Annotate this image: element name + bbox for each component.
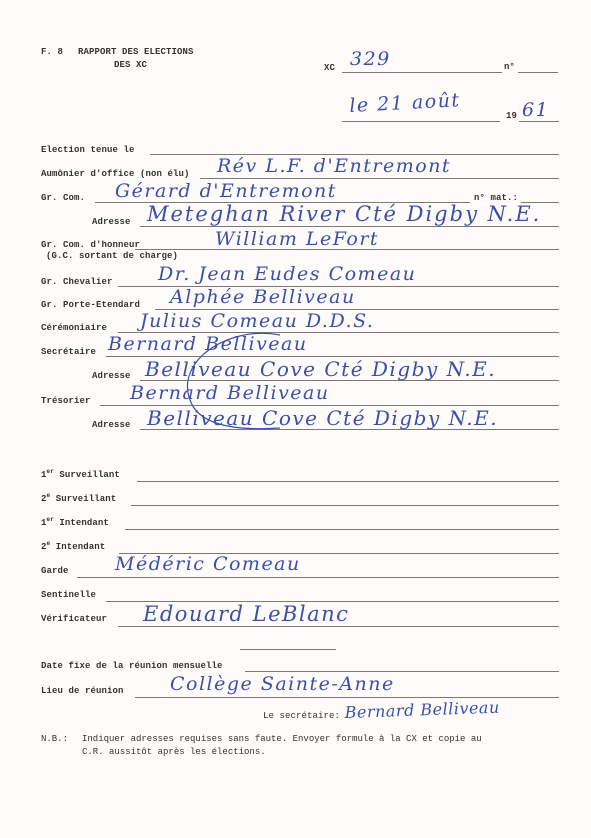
surveillant1-line — [137, 481, 559, 482]
nb-line2: C.R. aussitôt après les élections. — [82, 746, 266, 759]
date-reunion-line — [245, 671, 559, 672]
connecting-curve — [170, 330, 290, 440]
separator-line — [240, 649, 336, 650]
garde-value[interactable]: Médéric Comeau — [115, 553, 301, 575]
garde-label: Garde — [41, 566, 69, 576]
form-code: F. 8 — [41, 47, 63, 57]
election-label: Election tenue le — [41, 145, 135, 155]
lieu-reunion-label: Lieu de réunion — [41, 686, 124, 696]
xc-line — [342, 72, 502, 73]
surveillant1-text: Surveillant — [54, 470, 120, 480]
tresorier-adresse-label: Adresse — [92, 420, 131, 430]
gr-com-honneur-value[interactable]: William LeFort — [215, 228, 379, 250]
secretaire-adresse-label: Adresse — [92, 371, 131, 381]
surveillant1-label: 1er Surveillant — [41, 468, 120, 480]
verificateur-line — [118, 626, 559, 627]
verificateur-value[interactable]: Edouard LeBlanc — [143, 602, 349, 626]
gr-com-label: Gr. Com. — [41, 193, 85, 203]
ceremoniaire-value[interactable]: Julius Comeau D.D.S. — [140, 310, 374, 332]
aumonier-line — [200, 178, 559, 179]
gr-com-adresse-label: Adresse — [92, 217, 131, 227]
lieu-reunion-value[interactable]: Collège Sainte-Anne — [170, 673, 395, 695]
date-value[interactable]: le 21 août — [349, 89, 461, 117]
gr-com-value[interactable]: Gérard d'Entremont — [115, 180, 337, 202]
surveillant2-line — [131, 505, 559, 506]
year-line — [519, 121, 559, 122]
gr-porte-etendard-value[interactable]: Alphée Belliveau — [170, 286, 356, 308]
gr-com-honneur-sublabel: (G.C. sortant de charge) — [46, 251, 178, 261]
surveillant2-label: 2e Surveillant — [41, 492, 116, 504]
gr-com-honneur-label: Gr. Com. d'honneur — [41, 240, 140, 250]
form-title: RAPPORT DES ELECTIONS — [78, 47, 194, 57]
intendant1-label: 1er Intendant — [41, 516, 109, 528]
verificateur-label: Vérificateur — [41, 614, 107, 624]
tresorier-label: Trésorier — [41, 396, 91, 406]
no-label: n° — [504, 62, 515, 72]
surveillant2-text: Surveillant — [50, 494, 116, 504]
signature-value[interactable]: Bernard Belliveau — [344, 698, 500, 722]
intendant2-label: 2e Intendant — [41, 540, 105, 552]
form-subtitle: DES XC — [114, 60, 147, 70]
year-prefix: 19 — [506, 111, 517, 121]
gr-com-adresse-line — [140, 226, 559, 227]
garde-line — [77, 577, 559, 578]
xc-value[interactable]: 329 — [350, 48, 391, 70]
intendant2-text: Intendant — [50, 542, 105, 552]
year-value[interactable]: 61 — [522, 99, 549, 121]
aumonier-value[interactable]: Rév L.F. d'Entremont — [217, 155, 451, 177]
aumonier-label: Aumônier d'office (non élu) — [41, 169, 190, 179]
secretaire-label: Secrétaire — [41, 347, 96, 357]
gr-com-adresse-value[interactable]: Meteghan River Cté Digby N.E. — [147, 202, 541, 226]
sentinelle-label: Sentinelle — [41, 590, 96, 600]
intendant1-sup: er — [47, 516, 54, 523]
date-reunion-label: Date fixe de la réunion mensuelle — [41, 661, 223, 671]
surveillant1-sup: er — [47, 468, 54, 475]
date-line — [342, 121, 500, 122]
signature-label: Le secrétaire: — [263, 711, 340, 721]
intendant1-line — [125, 529, 559, 530]
ceremoniaire-label: Cérémoniaire — [41, 323, 107, 333]
intendant1-text: Intendant — [54, 518, 109, 528]
xc-label: XC — [324, 63, 335, 73]
no-line — [518, 72, 558, 73]
gr-porte-etendard-label: Gr. Porte-Etendard — [41, 300, 140, 310]
nb-label: N.B.: — [41, 733, 68, 746]
gr-chevalier-value[interactable]: Dr. Jean Eudes Comeau — [158, 263, 416, 285]
nb-line1: Indiquer adresses requises sans faute. E… — [82, 733, 482, 746]
gr-chevalier-label: Gr. Chevalier — [41, 277, 113, 287]
